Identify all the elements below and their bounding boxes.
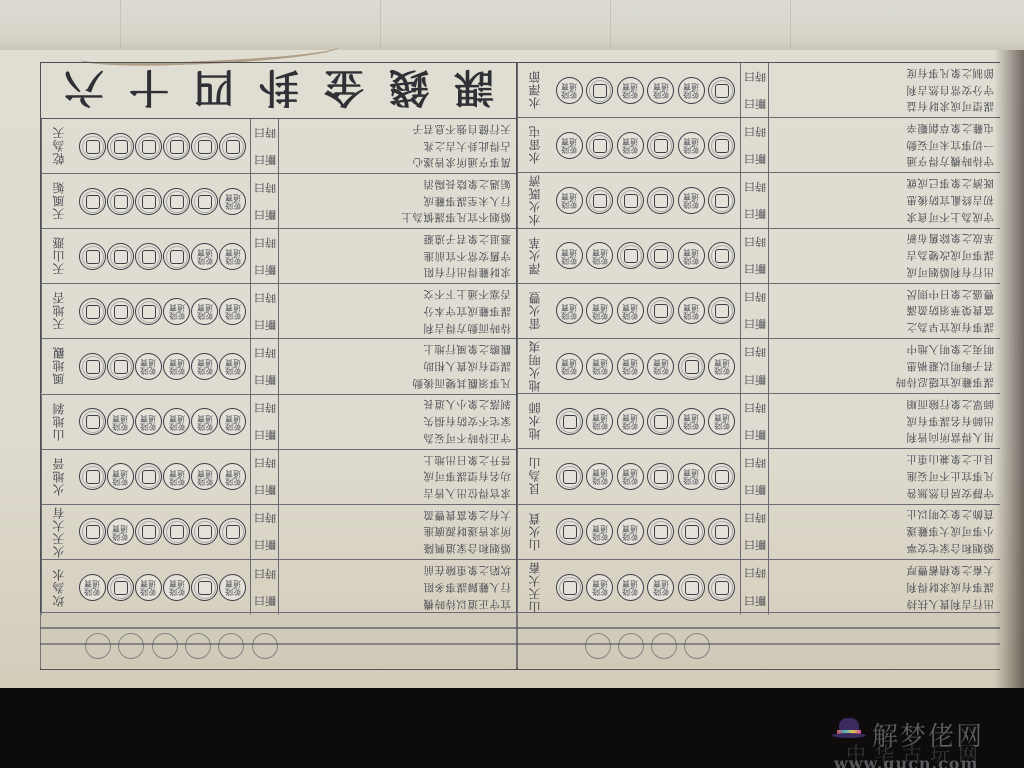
verse-line: 占得此卦大吉之兆 xyxy=(423,139,511,154)
row-labels: 時曰斷曰 xyxy=(741,449,769,503)
coin-toss-pattern: 乾隆通寶乾隆通寶乾隆通寶乾隆通寶 xyxy=(551,284,741,338)
blank-coin-icon xyxy=(647,297,674,324)
blank-coin-icon xyxy=(107,243,134,270)
verse-line: 宜守正道以待時機 xyxy=(423,598,511,610)
blank-coin-icon xyxy=(708,518,735,545)
hexagram-row: 地水師乾隆通寶乾隆通寶乾隆通寶乾隆通寶時曰斷曰師眾之象行險而順出師有名謀事有成用… xyxy=(517,394,1000,449)
blank-coin-icon xyxy=(163,133,190,160)
hexagram-row: 艮為山乾隆通寶乾隆通寶乾隆通寶時曰斷曰艮止之象兼山重止凡事宜止不可妄進守靜安居自… xyxy=(517,449,1000,504)
hexagram-name: 火地晉 xyxy=(41,450,75,504)
page-title: 六 十 四 卦 金 錢 課 xyxy=(41,63,517,119)
time-label: 時曰 xyxy=(744,289,766,305)
hexagram-row: 山天大畜乾隆通寶乾隆通寶乾隆通寶時曰斷曰大畜之象積蓄豐厚謀事有成求財得利出行吉利… xyxy=(517,560,1000,615)
watermark-url: www.gucn.com xyxy=(834,754,978,768)
blank-coin-icon xyxy=(617,187,644,214)
time-label: 時曰 xyxy=(744,344,766,360)
row-labels: 時曰斷曰 xyxy=(741,173,769,227)
judgement-label: 斷曰 xyxy=(254,207,276,223)
verse-line: 行人難歸謀事多阻 xyxy=(423,580,511,595)
hexagram-row: 乾為天時曰斷曰天行健自強不息君子占得此卦大吉之兆萬事亨通所求皆遂心 xyxy=(41,119,517,174)
blank-coin-icon xyxy=(107,298,134,325)
inscribed-coin-icon: 乾隆通寶 xyxy=(647,77,674,104)
hexagram-name: 天風姤 xyxy=(41,174,75,228)
inscribed-coin-icon: 乾隆通寶 xyxy=(163,463,190,490)
verse-line: 革故之象除舊布新 xyxy=(906,231,994,246)
verse-text: 既濟之象事已成就初吉終亂宜防後患守成為上不可貪求 xyxy=(769,173,1000,227)
time-label: 時曰 xyxy=(744,565,766,581)
inscribed-coin-icon: 乾隆通寶 xyxy=(191,463,218,490)
hexagram-name: 山地剝 xyxy=(41,395,75,449)
inscribed-coin-icon: 乾隆通寶 xyxy=(135,574,162,601)
verse-line: 用人得當所向皆利 xyxy=(906,431,994,443)
inscribed-coin-icon: 乾隆通寶 xyxy=(135,408,162,435)
blank-coin-icon xyxy=(135,188,162,215)
row-labels: 時曰斷曰 xyxy=(741,339,769,393)
row-labels: 時曰斷曰 xyxy=(251,229,279,283)
inscribed-coin-icon: 乾隆通寶 xyxy=(678,187,705,214)
inscribed-coin-icon: 乾隆通寶 xyxy=(556,242,583,269)
blank-coin-icon xyxy=(708,297,735,324)
blank-coin-icon xyxy=(556,574,583,601)
verse-line: 所求皆遂財源廣進 xyxy=(423,524,511,539)
hexagram-row: 天山遯乾隆通寶乾隆通寶時曰斷曰遯退之象君子遠避守舊安常不宜前進求財難得出行有阻 xyxy=(41,229,517,284)
inscribed-coin-icon: 乾隆通寶 xyxy=(219,353,246,380)
blank-coin-icon xyxy=(163,518,190,545)
verse-text: 坎陷之象重險在前行人難歸謀事多阻宜守正道以待時機 xyxy=(279,560,517,615)
right-page-table: 水澤節乾隆通寶乾隆通寶乾隆通寶乾隆通寶時曰斷曰節制之象凡事有度守分安常自然吉利謀… xyxy=(516,62,1000,670)
blank-coin-icon xyxy=(708,463,735,490)
inscribed-coin-icon: 乾隆通寶 xyxy=(586,353,613,380)
row-labels: 時曰斷曰 xyxy=(251,505,279,559)
hexagram-row: 地火明夷乾隆通寶乾隆通寶乾隆通寶乾隆通寶乾隆通寶時曰斷曰明夷之象明入地中君子晦明… xyxy=(517,339,1000,394)
time-label: 時曰 xyxy=(744,510,766,526)
faded-coin-icon xyxy=(152,633,178,659)
verse-line: 守待時機方得亨通 xyxy=(906,155,994,167)
verse-line: 待時而動方得吉利 xyxy=(423,322,511,334)
time-label: 時曰 xyxy=(254,125,276,141)
verse-text: 屯難之象草創艱辛一切事宜未可妄動守待時機方得亨通 xyxy=(769,118,1000,172)
coin-toss-pattern: 乾隆通寶乾隆通寶乾隆通寶乾隆通寶 xyxy=(75,560,251,615)
hexagram-name: 火天大有 xyxy=(41,505,75,559)
time-label: 時曰 xyxy=(744,124,766,140)
blank-coin-icon xyxy=(107,574,134,601)
title-char: 課 xyxy=(454,62,494,119)
inscribed-coin-icon: 乾隆通寶 xyxy=(617,77,644,104)
inscribed-coin-icon: 乾隆通寶 xyxy=(678,408,705,435)
verse-line: 謀望有成貴人相助 xyxy=(423,359,511,374)
judgement-label: 斷曰 xyxy=(744,96,766,112)
blank-coin-icon xyxy=(191,518,218,545)
verse-line: 賁飾之象文明以止 xyxy=(906,507,994,522)
faded-coin-icon xyxy=(252,633,278,659)
hexagram-row: 山火賁乾隆通寶乾隆通寶時曰斷曰賁飾之象文明以止小事可成大事難遂婚姻和合家宅安寧 xyxy=(517,505,1000,560)
inscribed-coin-icon: 乾隆通寶 xyxy=(191,408,218,435)
verse-line: 謀事有成求財得利 xyxy=(906,580,994,595)
judgement-label: 斷曰 xyxy=(254,427,276,443)
inscribed-coin-icon: 乾隆通寶 xyxy=(586,574,613,601)
blank-coin-icon xyxy=(135,463,162,490)
hexagram-row: 水火既濟乾隆通寶乾隆通寶時曰斷曰既濟之象事已成就初吉終亂宜防後患守成為上不可貪求 xyxy=(517,173,1000,228)
judgement-label: 斷曰 xyxy=(744,482,766,498)
verse-line: 小事可成大事難遂 xyxy=(906,524,994,539)
inscribed-coin-icon: 乾隆通寶 xyxy=(107,518,134,545)
verse-line: 凡事須觀其變而後動 xyxy=(412,377,511,389)
hexagram-name: 澤火革 xyxy=(517,229,551,283)
blank-coin-icon xyxy=(647,518,674,545)
inscribed-coin-icon: 乾隆通寶 xyxy=(617,408,644,435)
blank-coin-icon xyxy=(556,463,583,490)
verse-line: 出行有利婚姻可成 xyxy=(906,266,994,278)
blank-coin-icon xyxy=(708,132,735,159)
inscribed-coin-icon: 乾隆通寶 xyxy=(107,408,134,435)
verse-text: 晉升之象日出地上功名有望謀事可成求官得位出入皆吉 xyxy=(279,450,517,504)
inscribed-coin-icon: 乾隆通寶 xyxy=(556,132,583,159)
hexagram-rows-left: 乾為天時曰斷曰天行健自強不息君子占得此卦大吉之兆萬事亨通所求皆遂心天風姤乾隆通寶… xyxy=(41,119,517,669)
inscribed-coin-icon: 乾隆通寶 xyxy=(219,574,246,601)
verse-line: 婚姻不宜凡事謹慎為上 xyxy=(401,211,511,223)
blank-coin-icon xyxy=(647,242,674,269)
faded-coin-icon xyxy=(185,633,211,659)
time-label: 時曰 xyxy=(254,290,276,306)
inscribed-coin-icon: 乾隆通寶 xyxy=(617,353,644,380)
inscribed-coin-icon: 乾隆通寶 xyxy=(191,298,218,325)
verse-text: 大有之象富貴豐盈所求皆遂財源廣進婚姻和合家道興隆 xyxy=(279,505,517,559)
coin-toss-pattern: 乾隆通寶乾隆通寶乾隆通寶乾隆通寶 xyxy=(75,450,251,504)
verse-line: 豐盛之象日中則昃 xyxy=(906,287,994,302)
row-labels: 時曰斷曰 xyxy=(251,560,279,615)
inscribed-coin-icon: 乾隆通寶 xyxy=(708,353,735,380)
hexagram-name: 山天大畜 xyxy=(517,560,551,615)
inscribed-coin-icon: 乾隆通寶 xyxy=(647,574,674,601)
blank-coin-icon xyxy=(135,133,162,160)
inscribed-coin-icon: 乾隆通寶 xyxy=(135,353,162,380)
title-char: 金 xyxy=(324,62,364,119)
left-page-table: 六 十 四 卦 金 錢 課 乾為天時曰斷曰天行健自強不息君子占得此卦大吉之兆萬事… xyxy=(40,62,518,670)
verse-text: 剝落之象小人道長家宅不安防有損失守正待時不可妄為 xyxy=(279,395,517,449)
hexagram-name: 坎為水 xyxy=(41,560,75,615)
hexagram-row: 坎為水乾隆通寶乾隆通寶乾隆通寶乾隆通寶時曰斷曰坎陷之象重險在前行人難歸謀事多阻宜… xyxy=(41,560,517,615)
row-labels: 時曰斷曰 xyxy=(251,339,279,393)
verse-text: 遯退之象君子遠避守舊安常不宜前進求財難得出行有阻 xyxy=(279,229,517,283)
verse-line: 婚姻和合家道興隆 xyxy=(423,542,511,554)
row-labels: 時曰斷曰 xyxy=(741,63,769,117)
verse-line: 否塞不通上下不交 xyxy=(423,287,511,302)
verse-line: 謀望可成求財有益 xyxy=(906,100,994,112)
coin-toss-pattern: 乾隆通寶乾隆通寶乾隆通寶 xyxy=(551,118,741,172)
verse-line: 出行吉利貴人扶持 xyxy=(906,598,994,610)
hexagram-row: 澤火革乾隆通寶乾隆通寶乾隆通寶時曰斷曰革故之象除舊布新謀事可成改變為吉出行有利婚… xyxy=(517,229,1000,284)
blank-coin-icon xyxy=(163,243,190,270)
verse-line: 謀事難成宜守本分 xyxy=(423,304,511,319)
coin-toss-pattern: 乾隆通寶乾隆通寶乾隆通寶 xyxy=(75,284,251,338)
inscribed-coin-icon: 乾隆通寶 xyxy=(617,132,644,159)
inscribed-coin-icon: 乾隆通寶 xyxy=(647,353,674,380)
blank-coin-icon xyxy=(556,518,583,545)
hexagram-name: 地火明夷 xyxy=(517,339,551,393)
verse-line: 剝落之象小人道長 xyxy=(423,397,511,412)
verse-text: 賁飾之象文明以止小事可成大事難遂婚姻和合家宅安寧 xyxy=(769,505,1000,559)
hexagram-row: 風地觀乾隆通寶乾隆通寶乾隆通寶乾隆通寶時曰斷曰觀瞻之象風行地上謀望有成貴人相助凡… xyxy=(41,339,517,394)
inscribed-coin-icon: 乾隆通寶 xyxy=(678,132,705,159)
blank-coin-icon xyxy=(191,188,218,215)
coin-toss-pattern: 乾隆通寶乾隆通寶 xyxy=(551,173,741,227)
blank-coin-icon xyxy=(708,187,735,214)
blank-coin-icon xyxy=(708,77,735,104)
time-label: 時曰 xyxy=(254,566,276,582)
inscribed-coin-icon: 乾隆通寶 xyxy=(586,297,613,324)
watermark-site-name: 解梦佬网 xyxy=(872,716,984,753)
inscribed-coin-icon: 乾隆通寶 xyxy=(586,242,613,269)
hexagram-name: 山火賁 xyxy=(517,505,551,559)
verse-line: 艮止之象兼山重止 xyxy=(906,452,994,467)
coin-toss-pattern xyxy=(75,119,251,173)
inscribed-coin-icon: 乾隆通寶 xyxy=(219,298,246,325)
verse-line: 天行健自強不息君子 xyxy=(412,122,511,137)
verse-line: 求官得位出入皆吉 xyxy=(423,487,511,499)
verse-text: 節制之象凡事有度守分安常自然吉利謀望可成求財有益 xyxy=(769,63,1000,117)
verse-line: 初吉終亂宜防後患 xyxy=(906,193,994,208)
verse-line: 遯退之象君子遠避 xyxy=(423,232,511,247)
judgement-label: 斷曰 xyxy=(254,593,276,609)
hexagram-name: 乾為天 xyxy=(41,119,75,173)
blank-coin-icon xyxy=(135,518,162,545)
row-labels: 時曰斷曰 xyxy=(741,118,769,172)
judgement-label: 斷曰 xyxy=(744,427,766,443)
verse-line: 凡事宜止不可妄進 xyxy=(906,469,994,484)
hexagram-name: 艮為山 xyxy=(517,449,551,503)
verse-line: 謀事可成改變為吉 xyxy=(906,248,994,263)
paper-crease xyxy=(610,0,611,48)
time-label: 時曰 xyxy=(254,400,276,416)
inscribed-coin-icon: 乾隆通寶 xyxy=(556,77,583,104)
hexagram-name: 雷火豐 xyxy=(517,284,551,338)
verse-line: 既濟之象事已成就 xyxy=(906,176,994,191)
hexagram-row: 雷火豐乾隆通寶乾隆通寶乾隆通寶乾隆通寶時曰斷曰豐盛之象日中則昃富貴榮華須防盈滿謀… xyxy=(517,284,1000,339)
blank-coin-icon xyxy=(79,463,106,490)
blank-coin-icon xyxy=(107,353,134,380)
inscribed-coin-icon: 乾隆通寶 xyxy=(617,297,644,324)
time-label: 時曰 xyxy=(744,69,766,85)
coin-toss-pattern: 乾隆通寶乾隆通寶乾隆通寶 xyxy=(551,229,741,283)
inscribed-coin-icon: 乾隆通寶 xyxy=(191,243,218,270)
hexagram-name: 天地否 xyxy=(41,284,75,338)
verse-line: 守舊安常不宜前進 xyxy=(423,249,511,264)
inscribed-coin-icon: 乾隆通寶 xyxy=(708,408,735,435)
judgement-label: 斷曰 xyxy=(254,262,276,278)
watermark: 中华古玩网 解梦佬网 www.gucn.com xyxy=(832,712,1022,768)
inscribed-coin-icon: 乾隆通寶 xyxy=(678,242,705,269)
inscribed-coin-icon: 乾隆通寶 xyxy=(163,353,190,380)
blank-coin-icon xyxy=(647,187,674,214)
blank-coin-icon xyxy=(79,353,106,380)
hexagram-name: 水火既濟 xyxy=(517,173,551,227)
inscribed-coin-icon: 乾隆通寶 xyxy=(586,408,613,435)
inscribed-coin-icon: 乾隆通寶 xyxy=(678,77,705,104)
verse-line: 明夷之象明入地中 xyxy=(906,342,994,357)
row-labels: 時曰斷曰 xyxy=(251,395,279,449)
inscribed-coin-icon: 乾隆通寶 xyxy=(163,298,190,325)
smudged-bottom-row xyxy=(40,612,1000,668)
blank-coin-icon xyxy=(79,518,106,545)
inscribed-coin-icon: 乾隆通寶 xyxy=(79,574,106,601)
inscribed-coin-icon: 乾隆通寶 xyxy=(107,463,134,490)
coin-toss-pattern: 乾隆通寶乾隆通寶乾隆通寶乾隆通寶 xyxy=(75,339,251,393)
inscribed-coin-icon: 乾隆通寶 xyxy=(617,574,644,601)
verse-line: 晉升之象日出地上 xyxy=(423,453,511,468)
judgement-label: 斷曰 xyxy=(254,317,276,333)
hexagram-row: 水雷屯乾隆通寶乾隆通寶乾隆通寶時曰斷曰屯難之象草創艱辛一切事宜未可妄動守待時機方… xyxy=(517,118,1000,173)
hexagram-name: 水雷屯 xyxy=(517,118,551,172)
inscribed-coin-icon: 乾隆通寶 xyxy=(678,297,705,324)
title-char: 錢 xyxy=(389,62,429,119)
hexagram-row: 水澤節乾隆通寶乾隆通寶乾隆通寶乾隆通寶時曰斷曰節制之象凡事有度守分安常自然吉利謀… xyxy=(517,63,1000,118)
coin-toss-pattern: 乾隆通寶乾隆通寶 xyxy=(75,229,251,283)
verse-line: 大畜之象積蓄豐厚 xyxy=(906,563,994,578)
blank-coin-icon xyxy=(191,574,218,601)
verse-line: 一切事宜未可妄動 xyxy=(906,138,994,153)
verse-text: 艮止之象兼山重止凡事宜止不可妄進守靜安居自然無咎 xyxy=(769,449,1000,503)
verse-line: 屯難之象草創艱辛 xyxy=(906,121,994,136)
coin-toss-pattern: 乾隆通寶乾隆通寶乾隆通寶乾隆通寶乾隆通寶 xyxy=(75,395,251,449)
inscribed-coin-icon: 乾隆通寶 xyxy=(219,408,246,435)
row-labels: 時曰斷曰 xyxy=(741,284,769,338)
blank-coin-icon xyxy=(678,353,705,380)
hexagram-name: 天山遯 xyxy=(41,229,75,283)
blank-coin-icon xyxy=(556,408,583,435)
blank-coin-icon xyxy=(708,242,735,269)
verse-line: 行人未至謀事難成 xyxy=(423,194,511,209)
faded-coin-icon xyxy=(618,633,644,659)
verse-text: 觀瞻之象風行地上謀望有成貴人相助凡事須觀其變而後動 xyxy=(279,339,517,393)
verse-line: 萬事亨通所求皆遂心 xyxy=(412,156,511,168)
blank-coin-icon xyxy=(678,518,705,545)
blank-coin-icon xyxy=(219,133,246,160)
verse-line: 節制之象凡事有度 xyxy=(906,66,994,81)
verse-line: 師眾之象行險而順 xyxy=(906,397,994,412)
hexagram-row: 山地剝乾隆通寶乾隆通寶乾隆通寶乾隆通寶乾隆通寶時曰斷曰剝落之象小人道長家宅不安防… xyxy=(41,395,517,450)
verse-text: 明夷之象明入地中君子晦明以避禍患謀事難成宜隱忍待時 xyxy=(769,339,1000,393)
inscribed-coin-icon: 乾隆通寶 xyxy=(163,408,190,435)
judgement-label: 斷曰 xyxy=(744,372,766,388)
coin-toss-pattern: 乾隆通寶乾隆通寶乾隆通寶 xyxy=(551,449,741,503)
blank-coin-icon xyxy=(107,188,134,215)
coin-toss-pattern: 乾隆通寶 xyxy=(75,505,251,559)
blank-coin-icon xyxy=(107,133,134,160)
ink-bleed-line xyxy=(40,627,1000,629)
verse-line: 觀瞻之象風行地上 xyxy=(423,342,511,357)
verse-line: 姤遇之象陰長陽消 xyxy=(423,177,511,192)
blank-coin-icon xyxy=(708,574,735,601)
time-label: 時曰 xyxy=(744,234,766,250)
inscribed-coin-icon: 乾隆通寶 xyxy=(586,518,613,545)
judgement-label: 斷曰 xyxy=(744,261,766,277)
judgement-label: 斷曰 xyxy=(254,482,276,498)
verse-line: 婚姻和合家宅安寧 xyxy=(906,542,994,554)
time-label: 時曰 xyxy=(254,455,276,471)
blank-coin-icon xyxy=(191,133,218,160)
verse-line: 功名有望謀事可成 xyxy=(423,469,511,484)
inscribed-coin-icon: 乾隆通寶 xyxy=(191,353,218,380)
blank-coin-icon xyxy=(79,298,106,325)
blank-coin-icon xyxy=(163,188,190,215)
time-label: 時曰 xyxy=(254,235,276,251)
row-labels: 時曰斷曰 xyxy=(741,394,769,448)
verse-line: 求財難得出行有阻 xyxy=(423,266,511,278)
title-char: 十 xyxy=(129,62,169,119)
hexagram-row: 火地晉乾隆通寶乾隆通寶乾隆通寶乾隆通寶時曰斷曰晉升之象日出地上功名有望謀事可成求… xyxy=(41,450,517,505)
inscribed-coin-icon: 乾隆通寶 xyxy=(556,187,583,214)
inscribed-coin-icon: 乾隆通寶 xyxy=(617,463,644,490)
faded-coin-icon xyxy=(85,633,111,659)
verse-text: 師眾之象行險而順出師有名謀事有成用人得當所向皆利 xyxy=(769,394,1000,448)
row-labels: 時曰斷曰 xyxy=(251,450,279,504)
coin-toss-pattern: 乾隆通寶 xyxy=(75,174,251,228)
row-labels: 時曰斷曰 xyxy=(741,505,769,559)
verse-line: 守分安常自然吉利 xyxy=(906,83,994,98)
verse-line: 守正待時不可妄為 xyxy=(423,432,511,444)
inscribed-coin-icon: 乾隆通寶 xyxy=(586,463,613,490)
blank-coin-icon xyxy=(647,463,674,490)
title-char: 卦 xyxy=(259,62,299,119)
coin-toss-pattern: 乾隆通寶乾隆通寶 xyxy=(551,505,741,559)
inscribed-coin-icon: 乾隆通寶 xyxy=(219,188,246,215)
blank-coin-icon xyxy=(586,77,613,104)
inscribed-coin-icon: 乾隆通寶 xyxy=(163,574,190,601)
inscribed-coin-icon: 乾隆通寶 xyxy=(678,463,705,490)
row-labels: 時曰斷曰 xyxy=(251,284,279,338)
blank-coin-icon xyxy=(617,242,644,269)
title-char: 六 xyxy=(64,62,104,119)
verse-line: 家宅不安防有損失 xyxy=(423,414,511,429)
verse-text: 天行健自強不息君子占得此卦大吉之兆萬事亨通所求皆遂心 xyxy=(279,119,517,173)
verse-line: 守靜安居自然無咎 xyxy=(906,487,994,499)
paper-crease xyxy=(790,0,791,48)
blank-coin-icon xyxy=(678,574,705,601)
coin-toss-pattern: 乾隆通寶乾隆通寶乾隆通寶 xyxy=(551,560,741,615)
verse-text: 否塞不通上下不交謀事難成宜守本分待時而動方得吉利 xyxy=(279,284,517,338)
hexagram-name: 地水師 xyxy=(517,394,551,448)
paper-crease xyxy=(120,0,121,48)
hexagram-rows-right: 水澤節乾隆通寶乾隆通寶乾隆通寶乾隆通寶時曰斷曰節制之象凡事有度守分安常自然吉利謀… xyxy=(517,63,1000,669)
time-label: 時曰 xyxy=(254,345,276,361)
blank-coin-icon xyxy=(586,187,613,214)
row-labels: 時曰斷曰 xyxy=(251,119,279,173)
judgement-label: 斷曰 xyxy=(744,537,766,553)
paper-crease xyxy=(380,0,381,48)
time-label: 時曰 xyxy=(254,510,276,526)
blank-coin-icon xyxy=(135,243,162,270)
inscribed-coin-icon: 乾隆通寶 xyxy=(617,518,644,545)
coin-toss-pattern: 乾隆通寶乾隆通寶乾隆通寶乾隆通寶乾隆通寶 xyxy=(551,339,741,393)
judgement-label: 斷曰 xyxy=(744,316,766,332)
coin-toss-pattern: 乾隆通寶乾隆通寶乾隆通寶乾隆通寶 xyxy=(551,63,741,117)
inscribed-coin-icon: 乾隆通寶 xyxy=(219,243,246,270)
inscribed-coin-icon: 乾隆通寶 xyxy=(219,463,246,490)
judgement-label: 斷曰 xyxy=(744,593,766,609)
faded-coin-icon xyxy=(118,633,144,659)
blank-coin-icon xyxy=(647,408,674,435)
blank-coin-icon xyxy=(135,298,162,325)
title-char: 四 xyxy=(194,62,234,119)
hexagram-row: 火天大有乾隆通寶時曰斷曰大有之象富貴豐盈所求皆遂財源廣進婚姻和合家道興隆 xyxy=(41,505,517,560)
row-labels: 時曰斷曰 xyxy=(741,229,769,283)
blank-coin-icon xyxy=(79,133,106,160)
row-labels: 時曰斷曰 xyxy=(741,560,769,615)
ink-bleed-line xyxy=(40,643,1000,645)
verse-line: 富貴榮華須防盈滿 xyxy=(906,303,994,318)
faded-coin-icon xyxy=(651,633,677,659)
coin-toss-pattern: 乾隆通寶乾隆通寶乾隆通寶乾隆通寶 xyxy=(551,394,741,448)
